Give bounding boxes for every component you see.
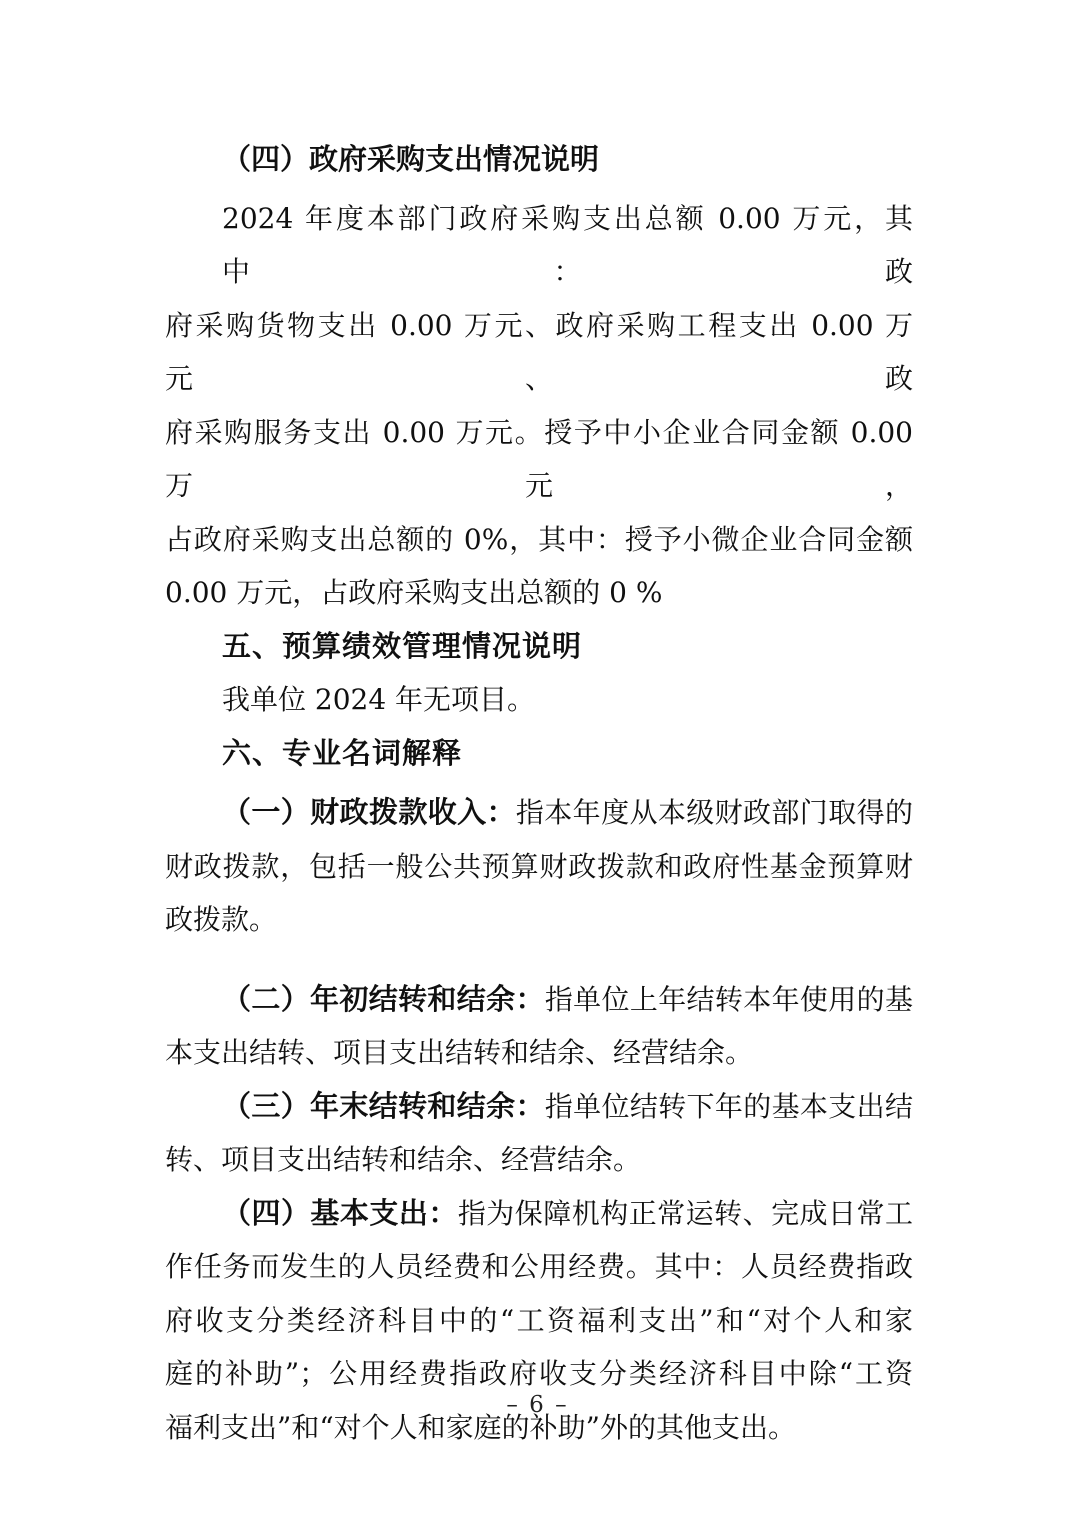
paragraph-procurement-line-1: 2024 年度本部门政府采购支出总额 0.00 万元，其中：政 (165, 192, 913, 299)
term-yearend-balance-line-2: 转、项目支出结转和结余、经营结余。 (165, 1133, 913, 1187)
term-fiscal-appropriation-line-3: 政拨款。 (165, 893, 913, 947)
term-basic-expenditure-label: （四）基本支出： (222, 1196, 458, 1230)
term-fiscal-appropriation-line-2: 财政拨款，包括一般公共预算财政拨款和政府性基金预算财 (165, 840, 913, 894)
term-yearend-balance-line-1: （三）年末结转和结余：指单位结转下年的基本支出结 (165, 1080, 913, 1134)
document-body: （四）政府采购支出情况说明 2024 年度本部门政府采购支出总额 0.00 万元… (165, 133, 913, 1454)
term-basic-expenditure-line-3: 府收支分类经济科目中的“工资福利支出”和“对个人和家 (165, 1294, 913, 1348)
term-yearend-balance-definition: 指单位结转下年的基本支出结 (545, 1090, 913, 1123)
term-basic-expenditure-line-1: （四）基本支出：指为保障机构正常运转、完成日常工 (165, 1187, 913, 1241)
paragraph-no-project: 我单位 2024 年无项目。 (165, 673, 913, 727)
term-beginning-balance-label: （二）年初结转和结余： (222, 982, 545, 1016)
heading-procurement-section: （四）政府采购支出情况说明 (165, 133, 913, 187)
term-yearend-balance-label: （三）年末结转和结余： (222, 1089, 545, 1123)
paragraph-procurement-line-2: 府采购货物支出 0.00 万元、政府采购工程支出 0.00 万元、政 (165, 299, 913, 406)
paragraph-spacer (165, 947, 913, 973)
paragraph-procurement-line-5: 0.00 万元，占政府采购支出总额的 0 % (165, 566, 913, 620)
heading-terms-glossary: 六、专业名词解释 (165, 727, 913, 781)
footer-page-number: – 6 – (0, 1392, 1075, 1418)
term-fiscal-appropriation-definition: 指本年度从本级财政部门取得的 (516, 796, 913, 829)
term-beginning-balance-line-2: 本支出结转、项目支出结转和结余、经营结余。 (165, 1026, 913, 1080)
term-basic-expenditure-definition: 指为保障机构正常运转、完成日常工 (458, 1197, 913, 1230)
paragraph-procurement-line-3: 府采购服务支出 0.00 万元。授予中小企业合同金额 0.00 万元， (165, 406, 913, 513)
heading-performance-management: 五、预算绩效管理情况说明 (165, 620, 913, 674)
term-basic-expenditure-line-2: 作任务而发生的人员经费和公用经费。其中：人员经费指政 (165, 1240, 913, 1294)
term-fiscal-appropriation-label: （一）财政拨款收入： (222, 795, 516, 829)
term-beginning-balance-definition: 指单位上年结转本年使用的基 (545, 983, 913, 1016)
term-fiscal-appropriation-line-1: （一）财政拨款收入：指本年度从本级财政部门取得的 (165, 786, 913, 840)
document-page: （四）政府采购支出情况说明 2024 年度本部门政府采购支出总额 0.00 万元… (0, 0, 1075, 1520)
paragraph-procurement-line-4: 占政府采购支出总额的 0%，其中：授予小微企业合同金额 (165, 513, 913, 567)
term-beginning-balance-line-1: （二）年初结转和结余：指单位上年结转本年使用的基 (165, 973, 913, 1027)
